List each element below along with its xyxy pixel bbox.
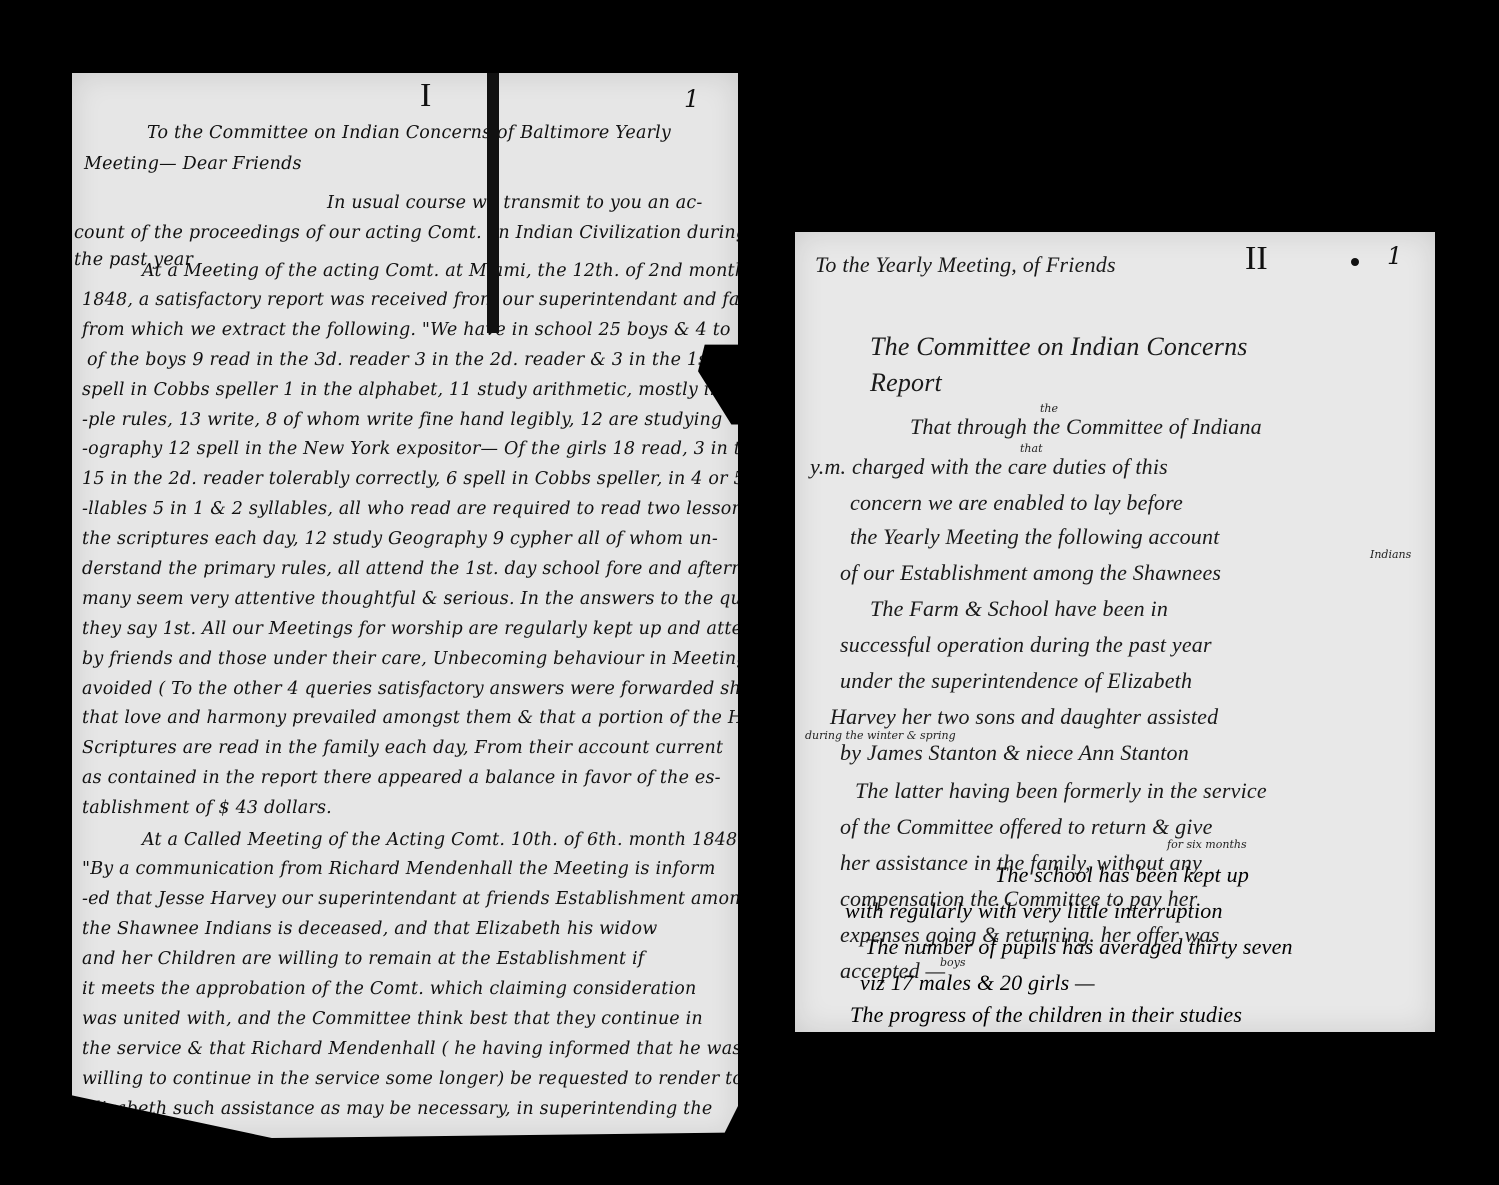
manuscript-line: of the boys 9 read in the 3d. reader 3 i…	[87, 350, 756, 370]
manuscript-line: successful operation during the past yea…	[840, 632, 1212, 658]
manuscript-line: many seem very attentive thoughtful & se…	[82, 589, 771, 609]
manuscript-line: accepted —	[840, 958, 945, 984]
interlinear-insertion: Indians	[1370, 548, 1411, 561]
manuscript-line: from which we extract the following. "We…	[82, 320, 731, 340]
manuscript-line: tablishment of $ 43 dollars.	[82, 798, 332, 818]
manuscript-line: of the Committee offered to return & giv…	[840, 814, 1213, 840]
manuscript-line: under the superintendence of Elizabeth	[840, 668, 1192, 694]
manuscript-line: In usual course we transmit to you an ac…	[327, 193, 703, 213]
manuscript-line: "By a communication from Richard Mendenh…	[82, 859, 716, 879]
manuscript-line: y.m. charged with the care duties of thi…	[810, 454, 1168, 480]
right-manuscript-page: II 1 To the Yearly Meeting, of Friends T…	[795, 232, 1435, 1032]
ink-dot	[1351, 258, 1359, 266]
manuscript-line: -ed that Jesse Harvey our superintendant…	[82, 889, 752, 909]
manuscript-line: -ography 12 spell in the New York exposi…	[82, 439, 826, 459]
manuscript-line: The Committee on Indian Concerns	[870, 332, 1248, 362]
manuscript-line: by friends and those under their care, U…	[82, 649, 757, 669]
manuscript-line: That through the Committee of Indiana	[910, 414, 1262, 440]
manuscript-line: expenses going & returning. her offer wa…	[840, 922, 1220, 948]
manuscript-line: concern we are enabled to lay before	[850, 490, 1183, 516]
manuscript-line: To the Committee on Indian Concerns of B…	[147, 123, 671, 143]
right-page-folio-number: 1	[1387, 242, 1402, 270]
manuscript-line: the scriptures each day, 12 study Geogra…	[82, 529, 718, 549]
manuscript-line: and her Children are willing to remain a…	[82, 949, 644, 969]
manuscript-line: of our Establishment among the Shawnees	[840, 560, 1221, 586]
manuscript-line: the service & that Richard Mendenhall ( …	[82, 1039, 742, 1059]
manuscript-line: the Shawnee Indians is deceased, and tha…	[82, 919, 657, 939]
manuscript-line: At a Called Meeting of the Acting Comt. …	[142, 830, 737, 850]
manuscript-line: the Yearly Meeting the following account	[850, 524, 1220, 550]
manuscript-line: -ple rules, 13 write, 8 of whom write fi…	[82, 410, 722, 430]
manuscript-line: The Farm & School have been in	[870, 596, 1168, 622]
manuscript-line: by James Stanton & niece Ann Stanton	[840, 740, 1189, 766]
manuscript-line: At a Meeting of the acting Comt. at Miam…	[142, 261, 746, 281]
left-page-folio-number: 1	[684, 85, 699, 113]
manuscript-line: was united with, and the Committee think…	[82, 1009, 703, 1029]
manuscript-line: it meets the approbation of the Comt. wh…	[82, 979, 696, 999]
manuscript-line: her assistance in the family, without an…	[840, 850, 1202, 876]
manuscript-line: Report	[870, 368, 942, 398]
manuscript-line: count of the proceedings of our acting C…	[74, 223, 747, 243]
page-tear-line	[487, 73, 499, 333]
manuscript-line: The latter having been formerly in the s…	[855, 778, 1267, 804]
manuscript-line: Meeting— Dear Friends	[84, 154, 302, 174]
left-manuscript-page: I 1 To the Committee on Indian Concerns …	[72, 73, 738, 1138]
right-page-roman-numeral: II	[1245, 240, 1268, 278]
left-page-roman-numeral: I	[420, 77, 431, 115]
manuscript-line: compensation the Committee to pay her	[840, 886, 1198, 912]
manuscript-line: 1848, a satisfactory report was received…	[82, 290, 778, 310]
manuscript-line: 15 in the 2d. reader tolerably correctly…	[82, 469, 770, 489]
manuscript-line: Scriptures are read in the family each d…	[82, 738, 723, 758]
manuscript-line: that love and harmony prevailed amongst …	[82, 708, 770, 728]
manuscript-line: avoided ( To the other 4 queries satisfa…	[82, 679, 796, 699]
manuscript-line: To the Yearly Meeting, of Friends	[815, 252, 1116, 278]
manuscript-line: they say 1st. All our Meetings for worsh…	[82, 619, 787, 639]
manuscript-line: -llables 5 in 1 & 2 syllables, all who r…	[82, 499, 775, 519]
manuscript-line: derstand the primary rules, all attend t…	[82, 559, 776, 579]
manuscript-line: spell in Cobbs speller 1 in the alphabet…	[82, 380, 721, 400]
manuscript-line: willing to continue in the service some …	[82, 1069, 743, 1089]
manuscript-line: as contained in the report there appeare…	[82, 768, 721, 788]
manuscript-line: Harvey her two sons and daughter assiste…	[830, 704, 1218, 730]
manuscript-line: Elizabeth such assistance as may be nece…	[82, 1099, 712, 1119]
